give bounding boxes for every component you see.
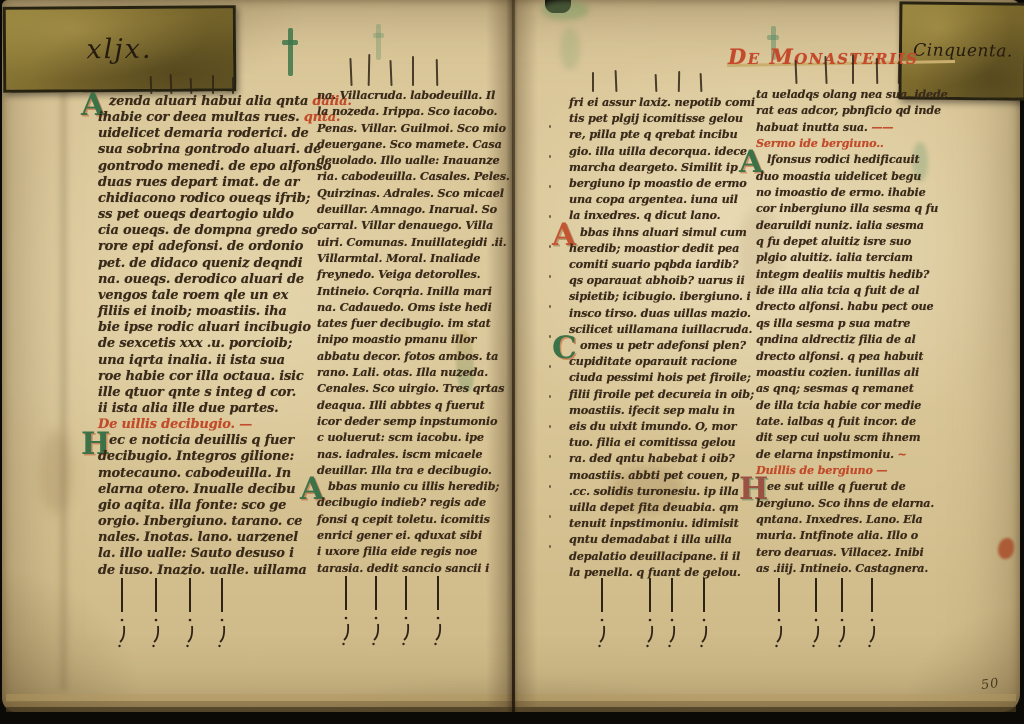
descender-flourish [775, 578, 785, 650]
manuscript-line: gio. illa uilla decorqua. idece [569, 143, 721, 159]
quire-cross-icon [281, 28, 299, 76]
manuscript-line: nales. Inotas. lano. uarzenel [98, 530, 298, 546]
manuscript-line: duo moastia uidelicet begu [756, 168, 910, 184]
manuscript-line: Hec e noticia deuillis q fuer [98, 433, 298, 449]
manuscript-line: deuergane. Sco mamete. Casa [317, 136, 475, 152]
manuscript-line: la inxedres. q dicut lano. [569, 207, 721, 223]
manuscript-line: Intineio. Corqria. Inilla mari [317, 283, 475, 299]
ascender-stroke [592, 72, 594, 92]
manuscript-line: cupiditate oparauit racione [569, 353, 721, 369]
manuscript-line: la penella. q fuant de gelou. [569, 564, 721, 580]
modern-folio-number: 50 [980, 676, 1000, 693]
descender-flourish [152, 578, 162, 650]
manuscript-line: uilla depet fita deuabia. qm [569, 499, 721, 515]
manuscript-line: drecto alfonsi. q pea habuit [756, 348, 910, 364]
manuscript-line: bergiuno. Sco ihns de elarna. [756, 495, 910, 511]
manuscript-line: plgio aluitiz. ialia terciam [756, 249, 910, 265]
manuscript-line: i uxore filia eide regis noe [317, 543, 475, 559]
manuscript-line: Abbas ihns aluari simul cum [569, 224, 721, 240]
manuscript-line: ille qtuor qnte s integ d cor. [98, 385, 298, 401]
manuscript-line: ta ueladqs olang nea sua. idede [756, 86, 910, 102]
manuscript-line: tarasia. dedit sancio sancii i [317, 560, 475, 576]
manuscript-line: decibugio. Integros gilione: [98, 449, 298, 465]
rubric-tail: —— [868, 120, 894, 134]
manuscript-line: deuillar. Illa tra e decibugio. [317, 462, 475, 478]
descender-flourish [372, 576, 382, 648]
manuscript-line: na. oueqs. derodico aluari de [98, 272, 298, 288]
manuscript-line: eis du uixit imundo. O, mor [569, 418, 721, 434]
text-column-2: na. Villacruda. labodeuilla. Illa nozeda… [317, 87, 475, 576]
manuscript-line: fonsi q cepit toletu. icomitis [317, 511, 475, 527]
manuscript-line: chidiacono rodico oueqs ifrib; [98, 191, 298, 207]
manuscript-line: rat eas adcor, pbnficio qd inde [756, 102, 910, 118]
manuscript-line: gontrodo menedi. de epo alfonso [98, 159, 298, 175]
manuscript-line: moastiu cozien. iunillas ali [756, 364, 910, 380]
manuscript-line: Quirzinas. Adrales. Sco micael [317, 185, 475, 201]
manuscript-line: duas rues depart imat. de ar [98, 175, 298, 191]
manuscript-line: integm dealiis multis hedib? [756, 266, 910, 282]
descender-flourish [668, 578, 678, 650]
manuscript-line: comiti suario pqbda iardib? [569, 256, 721, 272]
manuscript-line: bie ipse rodic aluari incibugio [98, 320, 298, 336]
manuscript-line: de sexcetis xxx .u. porcioib; [98, 336, 298, 352]
manuscript-line: de elarna inpstimoniu. ~ [756, 446, 910, 462]
manuscript-line: deuillar. Amnago. Inarual. So [317, 201, 475, 217]
manuscript-line: insco tirso. duas uillas mazio. [569, 305, 721, 321]
manuscript-line: ria. cabodeuilla. Casales. Peles. [317, 168, 475, 184]
manuscript-line: de illa tcia habie cor medie [756, 397, 910, 413]
rubric-line: Duillis de bergiuno — [756, 462, 910, 478]
manuscript-line: no imoastio de ermo. ihabie [756, 184, 910, 200]
manuscript-line: qntana. Inxedres. Lano. Ela [756, 511, 910, 527]
descender-flourish [186, 578, 196, 650]
ascender-stroke [412, 56, 414, 86]
manuscript-line: as .iiij. Intineio. Castagnera. [756, 560, 910, 576]
manuscript-line: abbatu decor. fotos ambos. ta [317, 348, 475, 364]
manuscript-line: ihabie cor deea multas rues. qnta. [98, 110, 298, 126]
manuscript-line: icor deder semp inpstumonio [317, 413, 475, 429]
manuscript-line: decibugio indieb? regis ade [317, 494, 475, 510]
manuscript-line: Cenales. Sco uirgio. Tres qrtas [317, 380, 475, 396]
rubric-line: De uillis decibugio. — [98, 417, 298, 433]
manuscript-line: Alfonsus rodici hedificauit [756, 151, 910, 167]
manuscript-line: la. illo ualle: Sauto desuso i [98, 546, 298, 562]
descender-flourish [868, 578, 878, 650]
manuscript-line: scilicet uillamana iuillacruda. [569, 321, 721, 337]
manuscript-line: tero dearuas. Villacez. Inibi [756, 544, 910, 560]
gutter-top-notch [545, 0, 571, 13]
manuscript-line: .cc. solidis turonesiu. ip illa [569, 483, 721, 499]
manuscript-line: enrici gener ei. qduxat sibi [317, 527, 475, 543]
manuscript-line: pet. de didaco queniz deqndi [98, 256, 298, 272]
gutter-fold-line [512, 0, 515, 712]
manuscript-line: q fu depet aluitiz isre suo [756, 233, 910, 249]
descender-flourish [598, 578, 608, 650]
manuscript-line: Penas. Villar. Guilmoi. Sco mio [317, 120, 475, 136]
manuscript-line: ii ista alia ille due partes. [98, 401, 298, 417]
chapter-heading: De Monasteriis [728, 44, 968, 69]
manuscript-line: freynedo. Veiga detorolles. [317, 266, 475, 282]
manuscript-line: uiri. Comunas. Inuillategidi .ii. [317, 234, 475, 250]
ascender-stroke [232, 77, 234, 94]
manuscript-line: sipietib; icibugio. ibergiuno. i [569, 288, 721, 304]
manuscript-line: na. Villacruda. labodeuilla. Il [317, 87, 475, 103]
manuscript-line: bergiuno ip moastio de ermo [569, 175, 721, 191]
rubric-line: Sermo ide bergiuno.. [756, 135, 910, 151]
manuscript-line: tuo. filia ei comitissa gelou [569, 434, 721, 450]
manuscript-line: qndina aldrectiz filia de al [756, 331, 910, 347]
descender-flourish [118, 578, 128, 650]
text-column-3: fri ei assur laxiz. nepotib comitis pet … [569, 94, 721, 580]
descender-flourish [700, 578, 710, 650]
manuscript-line: roe habie cor illa octaua. isic [98, 369, 298, 385]
manuscript-line: nas. iadrales. iscm micaele [317, 446, 475, 462]
text-column-4: ta ueladqs olang nea sua. idederat eas a… [756, 86, 910, 576]
manuscript-line: deaqua. Illi abbtes q fuerut [317, 397, 475, 413]
manuscript-line: rore epi adefonsi. de ordonio [98, 239, 298, 255]
manuscript-line: as qnq; sesmas q remanet [756, 380, 910, 396]
manuscript-line: sua sobrina gontrodo aluari. de [98, 142, 298, 158]
manuscript-line: moastiis. ifecit sep malu in [569, 402, 721, 418]
manuscript-line: tenuit inpstimoniu. idimisit [569, 515, 721, 531]
manuscript-line: fri ei assur laxiz. nepotib comi [569, 94, 721, 110]
folio-banner-left: xljx. [3, 5, 237, 93]
manuscript-line: rano. Lali. otas. Illa nuzeda. [317, 364, 475, 380]
manuscript-line: ra. ded qntu habebat i oib? [569, 450, 721, 466]
manuscript-line: deuolado. Illo ualle: Inauanze [317, 152, 475, 168]
manuscript-line: ciuda pessimi hois pet firoile; [569, 369, 721, 385]
quire-cross-icon [372, 24, 385, 60]
ascender-stroke [852, 54, 854, 84]
manuscript-line: c uoluerut: scm iacobu. ipe [317, 429, 475, 445]
text-column-1: Azenda aluari habui alia qnta dalia.ihab… [98, 94, 298, 579]
manuscript-line: filii firoile pet decureia in oib; [569, 386, 721, 402]
manuscript-line: heredib; moastior dedit pea [569, 240, 721, 256]
descender-flourish [434, 576, 444, 648]
manuscript-line: Comes u petr adefonsi plen? [569, 337, 721, 353]
manuscript-line: motecauno. cabodeuilla. In [98, 466, 298, 482]
manuscript-line: Abbas munio cu illis heredib; [317, 478, 475, 494]
ascender-stroke [212, 75, 214, 94]
manuscript-line: qs illa sesma p sua matre [756, 315, 910, 331]
manuscript-line: Villarmtal. Moral. Inaliade [317, 250, 475, 266]
manuscript-line: inipo moastio pmanu illor [317, 331, 475, 347]
manuscript-line: vengos tale roem qle un ex [98, 288, 298, 304]
manuscript-line: na. Cadauedo. Oms iste hedi [317, 299, 475, 315]
manuscript-line: moastiis. abbti pet couen, p [569, 467, 721, 483]
manuscript-photo: xljx. Cinquenta. De Monasteriis Azenda a… [0, 0, 1024, 724]
manuscript-line: cia oueqs. de dompna gredo so [98, 223, 298, 239]
manuscript-line: depalatio deuillacipane. ii il [569, 548, 721, 564]
manuscript-line: Azenda aluari habui alia qnta dalia. [98, 94, 298, 110]
manuscript-line: habuat inutta sua. —— [756, 119, 910, 135]
manuscript-line: tis pet plgij icomitisse gelou [569, 110, 721, 126]
descender-flourish [342, 576, 352, 648]
manuscript-line: re, pilla pte q qrebat incibu [569, 126, 721, 142]
manuscript-line: carral. Villar denauego. Villa [317, 217, 475, 233]
page-crease [60, 90, 67, 690]
manuscript-line: una iqrta inalia. ii ista sua [98, 353, 298, 369]
manuscript-line: qntu demadabat i illa uilla [569, 531, 721, 547]
manuscript-line: orgio. Inbergiuno. tarano. ce [98, 514, 298, 530]
manuscript-line: elarna otero. Inualle decibu [98, 482, 298, 498]
manuscript-line: una copa argentea. iuna uil [569, 191, 721, 207]
manuscript-line: qs oparauat abhoib? uarus ii [569, 272, 721, 288]
descender-flourish [838, 578, 848, 650]
manuscript-line: dearuildi nuniz. ialia sesma [756, 217, 910, 233]
descender-flourish [218, 578, 228, 650]
manuscript-line: tate. ialbas q fuit incor. de [756, 413, 910, 429]
manuscript-line: ss pet oueqs deartogio uldo [98, 207, 298, 223]
manuscript-line: Hee sut uille q fuerut de [756, 478, 910, 494]
descender-flourish [402, 576, 412, 648]
rubric-tail: ~ [894, 447, 907, 461]
descender-flourish [812, 578, 822, 650]
manuscript-line: dit sep cui uolu scm ihnem [756, 429, 910, 445]
manuscript-line: drecto alfonsi. habu pect oue [756, 298, 910, 314]
manuscript-line: gio aqita. illa fonte: sco ge [98, 498, 298, 514]
manuscript-line: cor inbergiuno illa sesma q fu [756, 200, 910, 216]
manuscript-line: de iuso. Inazio. ualle. uillama [98, 563, 298, 579]
folio-number-left: xljx. [86, 33, 152, 64]
manuscript-line: uidelicet demaria roderici. de [98, 126, 298, 142]
manuscript-line: filiis ei inoib; moastiis. iha [98, 304, 298, 320]
descender-flourish [646, 578, 656, 650]
manuscript-line: muria. Intfinote alia. Illo o [756, 527, 910, 543]
manuscript-line: marcha deargeto. Similit ip [569, 159, 721, 175]
manuscript-line: tates fuer decibugio. im stat [317, 315, 475, 331]
manuscript-line: la nozeda. Irippa. Sco iacobo. [317, 103, 475, 119]
manuscript-line: ide illa alia tcia q fuit de al [756, 282, 910, 298]
